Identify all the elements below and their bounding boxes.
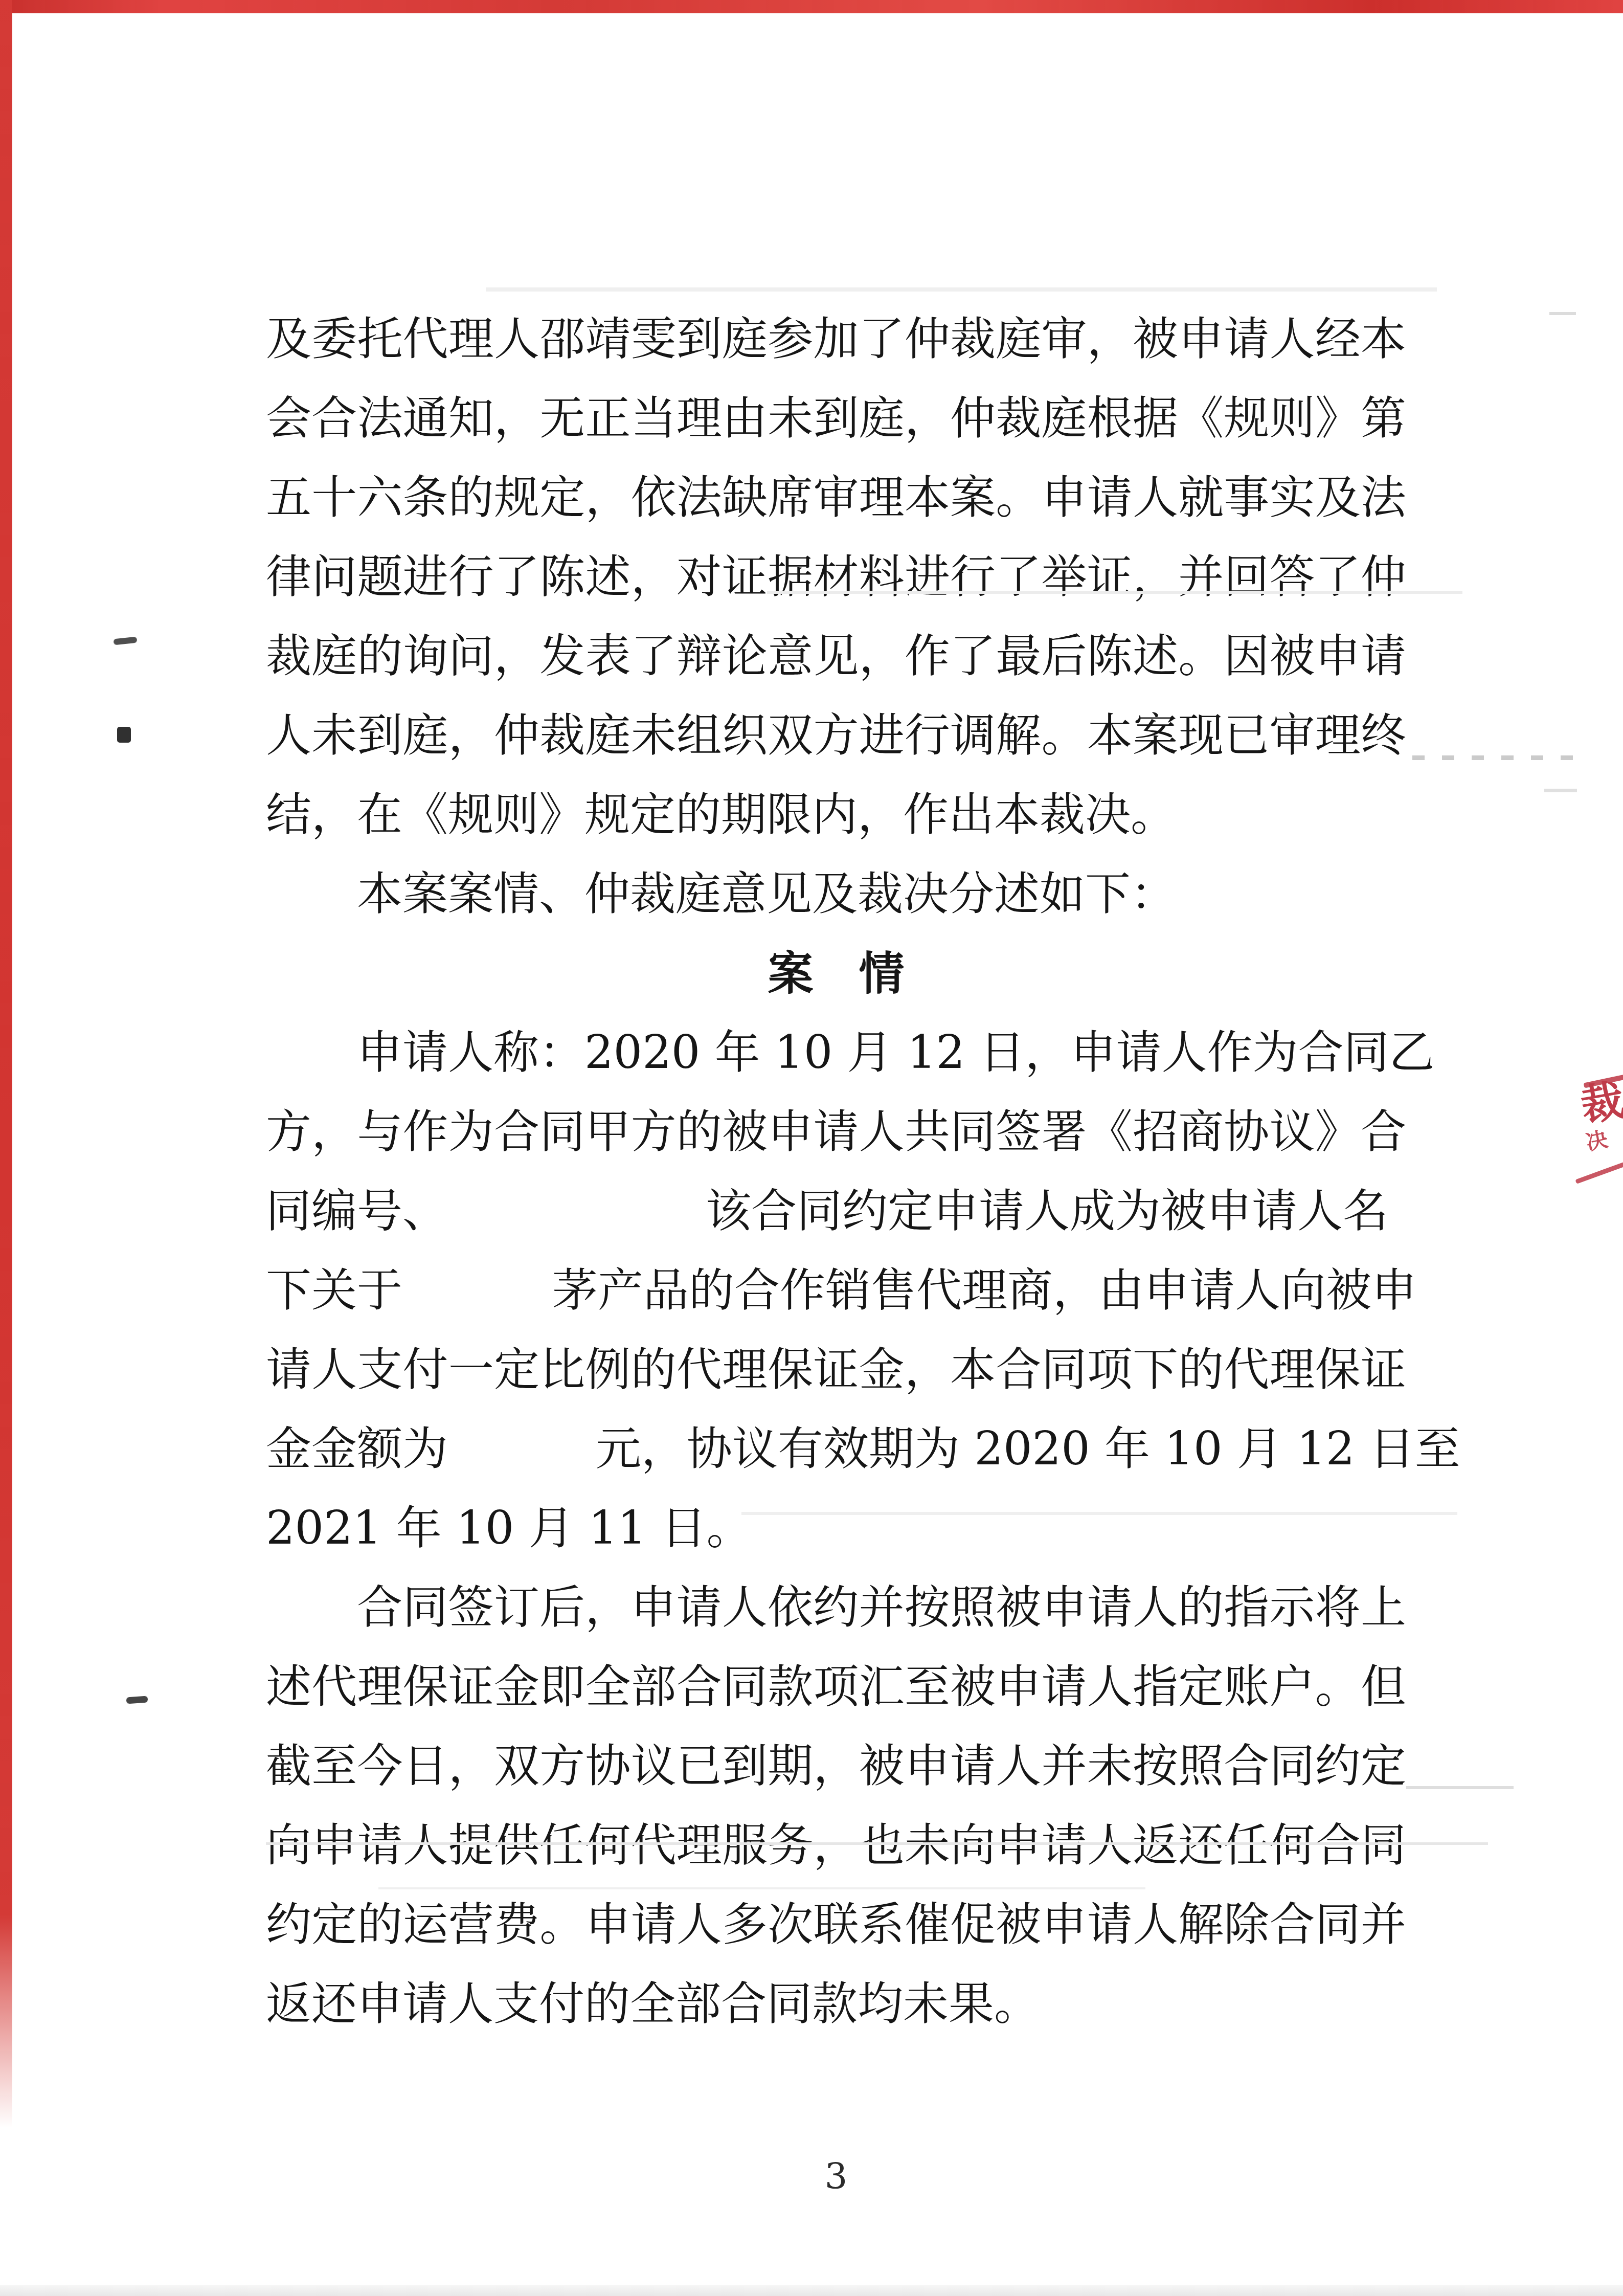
text-segment: 向申请人提供任何代理服务，也未向申请人返还任何合同 <box>266 1818 1406 1871</box>
text-segment: 截至今日，双方协议已到期，被申请人并未按照合同约定 <box>266 1739 1406 1792</box>
scan-artifact-streak <box>266 1842 1488 1845</box>
text-segment: 茅产品的合作销售代理商，由申请人向被申 <box>552 1263 1417 1317</box>
stamp-char-large: 裁 <box>1577 1077 1623 1129</box>
text-segment: 该合同约定申请人成为被申请人名 <box>706 1184 1388 1237</box>
text-line: 人未到庭，仲裁庭未组织双方进行调解。本案现已审理终 <box>266 696 1406 775</box>
scan-artifact-dash <box>126 1696 148 1704</box>
text-line: 本案案情、仲裁庭意见及裁决分述如下： <box>266 854 1406 933</box>
text-line: 同编号、该合同约定申请人成为被申请人名 <box>266 1171 1406 1251</box>
text-line: 2021 年 10 月 11 日。 <box>266 1488 1406 1568</box>
text-segment: 律问题进行了陈述，对证据材料进行了举证，并回答了仲 <box>266 550 1406 603</box>
text-line: 律问题进行了陈述，对证据材料进行了举证，并回答了仲 <box>266 537 1406 616</box>
text-line: 金金额为元，协议有效期为 2020 年 10 月 12 日至 <box>266 1409 1406 1488</box>
scan-artifact-streak <box>378 1887 1145 1889</box>
scan-artifact-dash <box>113 637 137 645</box>
text-segment: 结，在《规则》规定的期限内，作出本裁决。 <box>266 788 1176 841</box>
text-line: 五十六条的规定，依法缺席审理本案。申请人就事实及法 <box>266 458 1406 537</box>
text-segment: 约定的运营费。申请人多次联系催促被申请人解除合同并 <box>266 1898 1406 1951</box>
text-segment: 金金额为 <box>266 1422 448 1475</box>
red-seal-stamp-fragment: 裁 决 <box>1578 1072 1623 1185</box>
text-segment: 合同签订后，申请人依约并按照被申请人的指示将上 <box>357 1580 1406 1634</box>
text-line: 返还申请人支付的全部合同款均未果。 <box>266 1964 1406 2043</box>
text-segment: 裁庭的询问，发表了辩论意见，作了最后陈述。因被申请 <box>266 629 1406 682</box>
text-line: 向申请人提供任何代理服务，也未向申请人返还任何合同 <box>266 1805 1406 1885</box>
text-segment: 申请人称：2020 年 10 月 12 日，申请人作为合同乙 <box>357 1026 1434 1079</box>
text-segment: 2021 年 10 月 11 日。 <box>266 1501 752 1554</box>
text-line: 结，在《规则》规定的期限内，作出本裁决。 <box>266 775 1406 854</box>
scan-artifact-dash <box>1549 312 1576 315</box>
scan-artifact-streak <box>767 591 1462 594</box>
section-heading: 案 情 <box>266 933 1406 1013</box>
scan-artifact-blob <box>117 727 131 743</box>
text-line: 合同签订后，申请人依约并按照被申请人的指示将上 <box>266 1568 1406 1647</box>
text-line: 约定的运营费。申请人多次联系催促被申请人解除合同并 <box>266 1885 1406 1964</box>
text-segment: 同编号、 <box>266 1184 448 1237</box>
scan-artifact-streak <box>486 287 1437 292</box>
text-line: 会合法通知，无正当理由未到庭，仲裁庭根据《规则》第 <box>266 378 1406 458</box>
redacted-blank <box>402 1294 552 1294</box>
text-line: 述代理保证金即全部合同款项汇至被申请人指定账户。但 <box>266 1647 1406 1726</box>
text-segment: 方，与作为合同甲方的被申请人共同签署《招商协议》合 <box>266 1105 1406 1158</box>
text-segment: 请人支付一定比例的代理保证金，本合同项下的代理保证 <box>266 1343 1406 1396</box>
text-segment: 及委托代理人邵靖雯到庭参加了仲裁庭审，被申请人经本 <box>266 312 1406 365</box>
text-line: 方，与作为合同甲方的被申请人共同签署《招商协议》合 <box>266 1092 1406 1171</box>
redacted-blank <box>448 1452 596 1453</box>
stamp-char-small: 决 <box>1584 1127 1610 1155</box>
text-line: 申请人称：2020 年 10 月 12 日，申请人作为合同乙 <box>266 1013 1406 1092</box>
stamp-stroke <box>1575 1157 1623 1184</box>
text-line: 截至今日，双方协议已到期，被申请人并未按照合同约定 <box>266 1726 1406 1805</box>
scan-artifact-streak <box>1406 1786 1514 1789</box>
scanned-document-page: 及委托代理人邵靖雯到庭参加了仲裁庭审，被申请人经本会合法通知，无正当理由未到庭，… <box>0 0 1623 2296</box>
page-number: 3 <box>266 2156 1406 2197</box>
scan-artifact-dash <box>1544 789 1577 792</box>
redacted-blank <box>448 1214 706 1215</box>
text-segment: 会合法通知，无正当理由未到庭，仲裁庭根据《规则》第 <box>266 391 1406 444</box>
text-line: 裁庭的询问，发表了辩论意见，作了最后陈述。因被申请 <box>266 616 1406 696</box>
text-segment: 元，协议有效期为 2020 年 10 月 12 日至 <box>596 1422 1460 1475</box>
text-segment: 五十六条的规定，依法缺席审理本案。申请人就事实及法 <box>266 471 1406 524</box>
text-segment: 述代理保证金即全部合同款项汇至被申请人指定账户。但 <box>266 1660 1406 1713</box>
text-segment: 下关于 <box>266 1263 402 1317</box>
text-line: 下关于茅产品的合作销售代理商，由申请人向被申 <box>266 1251 1406 1330</box>
scan-artifact-bottom-band <box>0 2285 1623 2296</box>
scan-artifact-streak <box>741 1512 1457 1515</box>
scan-artifact-dashed-streak <box>1412 755 1574 760</box>
text-line: 请人支付一定比例的代理保证金，本合同项下的代理保证 <box>266 1330 1406 1409</box>
document-text-block: 及委托代理人邵靖雯到庭参加了仲裁庭审，被申请人经本会合法通知，无正当理由未到庭，… <box>266 299 1406 2043</box>
text-segment: 人未到庭，仲裁庭未组织双方进行调解。本案现已审理终 <box>266 708 1406 762</box>
text-line: 及委托代理人邵靖雯到庭参加了仲裁庭审，被申请人经本 <box>266 299 1406 378</box>
text-segment: 案 情 <box>768 946 905 1000</box>
text-segment: 本案案情、仲裁庭意见及裁决分述如下： <box>357 867 1176 920</box>
scan-edge-top-red-strip <box>0 0 1623 13</box>
scan-edge-left-red-strip <box>0 0 12 2128</box>
text-segment: 返还申请人支付的全部合同款均未果。 <box>266 1977 1040 2030</box>
